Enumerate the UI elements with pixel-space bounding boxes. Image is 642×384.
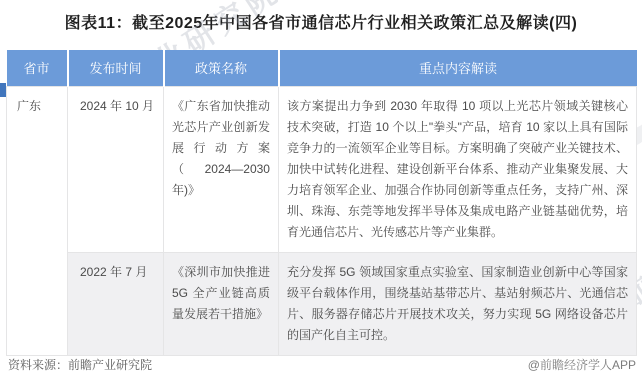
table-row: 2022 年 7 月 《深圳市加快推进5G 全产业链高质量发展若干措施》 充分发… (7, 252, 637, 355)
cell-content: 该方案提出力争到 2030 年取得 10 项以上光芯片领域关键核心技术突破，打造… (279, 86, 637, 252)
page-title: 图表11：截至2025年中国各省市通信芯片行业相关政策汇总及解读(四) (0, 10, 642, 33)
cell-policy-name: 《广东省加快推动光芯片产业创新发展行动方案（2024—2030年)》 (164, 86, 279, 252)
source-note: 资料来源：前瞻产业研究院 (8, 356, 152, 373)
brand-note: @前瞻经济学人APP (528, 356, 636, 373)
cell-content: 充分发挥 5G 领域国家重点实验室、国家制造业创新中心等国家级平台载体作用，围绕… (279, 252, 637, 355)
cell-policy-name: 《深圳市加快推进5G 全产业链高质量发展若干措施》 (164, 252, 279, 355)
header-cell-date: 发布时间 (68, 50, 164, 86)
cell-province: 广东 (7, 86, 68, 355)
policy-table: 省市 发布时间 政策名称 重点内容解读 广东 2024 年 10 月 《广东省加… (6, 50, 637, 356)
header-cell-province: 省市 (7, 50, 68, 86)
header-cell-policy-name: 政策名称 (164, 50, 279, 86)
footer: 资料来源：前瞻产业研究院 @前瞻经济学人APP (8, 356, 636, 373)
left-edge-accent (0, 83, 6, 97)
cell-date: 2022 年 7 月 (68, 252, 164, 355)
table-row: 广东 2024 年 10 月 《广东省加快推动光芯片产业创新发展行动方案（202… (7, 86, 637, 252)
report-page: 图表11：截至2025年中国各省市通信芯片行业相关政策汇总及解读(四) 前瞻产业… (0, 0, 642, 384)
table-header-row: 省市 发布时间 政策名称 重点内容解读 (7, 50, 637, 86)
header-cell-content: 重点内容解读 (279, 50, 637, 86)
cell-date: 2024 年 10 月 (68, 86, 164, 252)
